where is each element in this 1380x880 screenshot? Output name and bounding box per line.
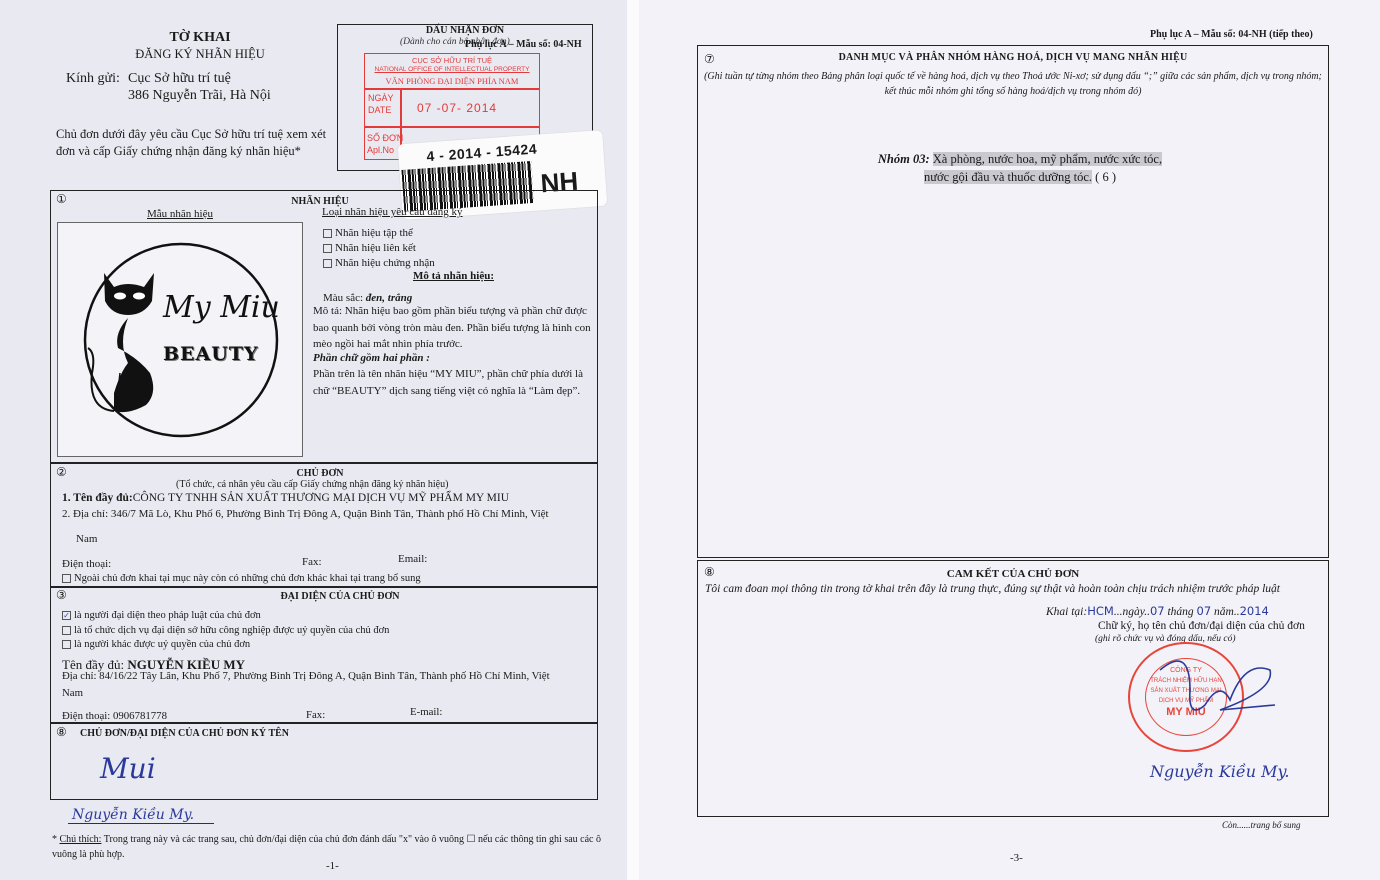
section-number: ① (56, 192, 67, 206)
addressee-address: 386 Nguyễn Trãi, Hà Nội (128, 88, 271, 104)
checkbox-icon[interactable] (62, 640, 71, 649)
declaration-place-date: Khai tại:HCM...ngày..07 tháng 07 năm..20… (1046, 604, 1269, 618)
checkbox-icon[interactable] (323, 244, 332, 253)
representative-address: Địa chỉ: 84/16/22 Tây Lân, Khu Phố 7, Ph… (62, 670, 550, 682)
form-code: Phụ lục A – Mẫu số: 04-NH (465, 39, 582, 50)
checkbox-collective-mark[interactable]: Nhãn hiệu tập thể (323, 227, 413, 239)
checkbox-ip-service-agent[interactable]: là tổ chức dịch vụ đại diện sở hữu công … (62, 625, 389, 636)
group-label: Nhóm 03: (878, 152, 930, 166)
form-title: TỜ KHAI (140, 30, 260, 46)
section-representative (50, 587, 598, 723)
sample-label: Mẫu nhãn hiệu (147, 208, 213, 220)
year-label: năm (1214, 606, 1234, 618)
footnote-label: Chú thích: (60, 834, 102, 845)
goods-group-line2: nước gội đầu và thuốc dưỡng tóc. ( 6 ) (720, 168, 1320, 186)
checkbox-other-owners[interactable]: Ngoài chủ đơn khai tại mục này còn có nh… (62, 573, 421, 584)
checkbox-certification-mark[interactable]: Nhãn hiệu chứng nhận (323, 257, 435, 269)
place-value: HCM (1087, 604, 1114, 618)
section-title: DANH MỤC VÀ PHÂN NHÓM HÀNG HOÁ, DỊCH VỤ … (697, 52, 1329, 63)
applicant-address-cont: Nam (76, 533, 97, 545)
owner-signed-name: Nguyễn Kiều My. (1150, 762, 1290, 781)
group-items: Xà phòng, nước hoa, mỹ phẩm, nước xức tó… (933, 152, 1162, 166)
checkbox-label: Nhãn hiệu liên kết (335, 242, 416, 254)
section-title: CHỦ ĐƠN/ĐẠI DIỆN CỦA CHỦ ĐƠN KÝ TÊN (80, 728, 289, 739)
stamp-date-label: NGÀY DATE (368, 92, 394, 116)
text-part-description: Phần trên là tên nhãn hiệu “MY MIU”, phầ… (313, 366, 593, 399)
stamp-branch: VĂN PHÒNG ĐẠI DIỆN PHÍA NAM (365, 76, 539, 86)
section-title: CAM KẾT CỦA CHỦ ĐƠN (697, 568, 1329, 580)
logo-block-text: BEAUTY (163, 343, 259, 365)
commitment-text: Tôi cam đoan mọi thông tin trong tờ khai… (705, 582, 1323, 597)
checkbox-label: Nhãn hiệu chứng nhận (335, 257, 435, 269)
stamp-office-name-en: NATIONAL OFFICE OF INTELLECTUAL PROPERTY (365, 66, 539, 73)
checkbox-icon[interactable] (323, 259, 332, 268)
footnote: * Chú thích: Trong trang này và các tran… (52, 832, 602, 862)
representative-address-cont: Nam (62, 687, 83, 699)
applicant-name-label: 1. Tên đầy đủ: (62, 492, 133, 504)
checkbox-legal-representative[interactable]: ✓ là người đại diện theo pháp luật của c… (62, 610, 261, 621)
page-gap (627, 0, 639, 880)
cat-silhouette-icon (58, 223, 304, 458)
section-number: ⑧ (56, 725, 67, 739)
section-title: ĐẠI DIỆN CỦA CHỦ ĐƠN (250, 591, 430, 602)
representative-phone: Điện thoại: 0906781778 (62, 710, 167, 722)
representative-email-label: E-mail: (410, 706, 442, 718)
checkbox-associated-mark[interactable]: Nhãn hiệu liên kết (323, 242, 416, 254)
applicant-name-row: 1. Tên đầy đủ:CÔNG TY TNHH SẢN XUẤT THƯƠ… (62, 492, 509, 504)
applicant-name: CÔNG TY TNHH SẢN XUẤT THƯƠNG MẠI DỊCH VỤ… (133, 492, 509, 504)
day-value: 07 (1150, 604, 1165, 618)
page-number: -1- (326, 860, 339, 872)
section-title: CHỦ ĐƠN (250, 468, 390, 479)
apl-label-vi: SỐ ĐƠN (367, 132, 403, 144)
group-items-cont: nước gội đầu và thuốc dưỡng tóc. (924, 170, 1092, 184)
signature-instruction: Chữ ký, họ tên chủ đơn/đại diện của chủ … (1098, 620, 1305, 632)
checkbox-icon[interactable] (62, 626, 71, 635)
section-goods-services (697, 45, 1329, 558)
continued-note: Còn......trang bổ sung (1222, 820, 1301, 830)
section-number: ② (56, 465, 67, 479)
checkbox-icon[interactable] (323, 229, 332, 238)
stamp-date-value: 07 -07- 2014 (417, 101, 497, 115)
checkbox-checked-icon[interactable]: ✓ (62, 611, 71, 620)
checkbox-label: Ngoài chủ đơn khai tại mục này còn có nh… (74, 573, 421, 584)
text-part-title: Phần chữ gồm hai phần : (313, 350, 593, 367)
applicant-signed-name: Nguyễn Kiều My. (68, 807, 214, 824)
applicant-email-label: Email: (398, 553, 427, 565)
month-value: 07 (1197, 604, 1212, 618)
trademark-description: Mô tả: Nhãn hiệu bao gồm phần biểu tượng… (313, 303, 593, 353)
form-page-1: TỜ KHAI ĐĂNG KÝ NHÃN HIỆU Kính gửi: Cục … (0, 0, 627, 880)
date-label-vi: NGÀY (368, 92, 394, 104)
applicant-fax-label: Fax: (302, 556, 322, 568)
stamp-office-name: CỤC SỞ HỮU TRÍ TUỆ (365, 56, 539, 65)
checkbox-label: Nhãn hiệu tập thể (335, 227, 413, 239)
applicant-phone-label: Điện thoại: (62, 558, 111, 570)
year-value: 2014 (1240, 604, 1269, 618)
stamp-divider (365, 88, 539, 90)
group-count: ( 6 ) (1095, 170, 1116, 184)
section-subtitle: (Tổ chức, cá nhân yêu cầu cấp Giấy chứng… (176, 479, 448, 490)
page-number: -3- (1010, 852, 1023, 864)
addressee-label: Kính gửi: (66, 71, 120, 87)
month-label: tháng (1167, 606, 1193, 618)
checkbox-other-authorized[interactable]: là người khác được uỷ quyền của chủ đơn (62, 639, 250, 650)
footnote-text: Trong trang này và các trang sau, chủ đơ… (52, 834, 601, 860)
section-note: (Ghi tuần tự từng nhóm theo Bảng phân lo… (700, 69, 1326, 99)
section-number: ③ (56, 588, 67, 602)
trademark-type-label: Loại nhãn hiệu yêu cầu đăng ký (322, 206, 463, 218)
representative-fax-label: Fax: (306, 709, 325, 721)
checkbox-label: là người đại diện theo pháp luật của chủ… (74, 610, 261, 621)
day-label: ngày (1122, 606, 1144, 618)
addressee-name: Cục Sở hữu trí tuệ (128, 71, 231, 87)
trademark-logo: My Miu BEAUTY (57, 222, 303, 457)
description-title: Mô tả nhãn hiệu: (413, 270, 494, 282)
stamp-divider (365, 126, 539, 128)
receipt-title: DẤU NHẬN ĐƠN (395, 25, 535, 36)
request-text: Chủ đơn dưới đây yêu cầu Cục Sở hữu trí … (56, 126, 346, 160)
form-subtitle: ĐĂNG KÝ NHÃN HIỆU (100, 47, 300, 62)
applicant-address: 2. Địa chỉ: 346/7 Mã Lò, Khu Phố 6, Phườ… (62, 508, 549, 520)
handwritten-signature-icon (1150, 650, 1280, 730)
place-label: Khai tại: (1046, 606, 1087, 618)
applicant-signature: Mui (100, 752, 156, 785)
phone-value: 0906781778 (113, 710, 167, 722)
logo-script-text: My Miu (163, 290, 280, 325)
checkbox-label: là tổ chức dịch vụ đại diện sở hữu công … (74, 625, 389, 636)
checkbox-label: là người khác được uỷ quyền của chủ đơn (74, 639, 250, 650)
goods-group-line1: Nhóm 03: Xà phòng, nước hoa, mỹ phẩm, nư… (720, 150, 1320, 168)
signature-note: (ghi rõ chức vụ và đóng dấu, nếu có) (1095, 634, 1236, 644)
checkbox-icon[interactable] (62, 574, 71, 583)
date-label-en: DATE (368, 104, 394, 116)
appendix-header: Phụ lục A – Mẫu số: 04-NH (tiếp theo) (1150, 29, 1313, 40)
goods-group: Nhóm 03: Xà phòng, nước hoa, mỹ phẩm, nư… (720, 150, 1320, 186)
phone-label: Điện thoại: (62, 710, 110, 722)
